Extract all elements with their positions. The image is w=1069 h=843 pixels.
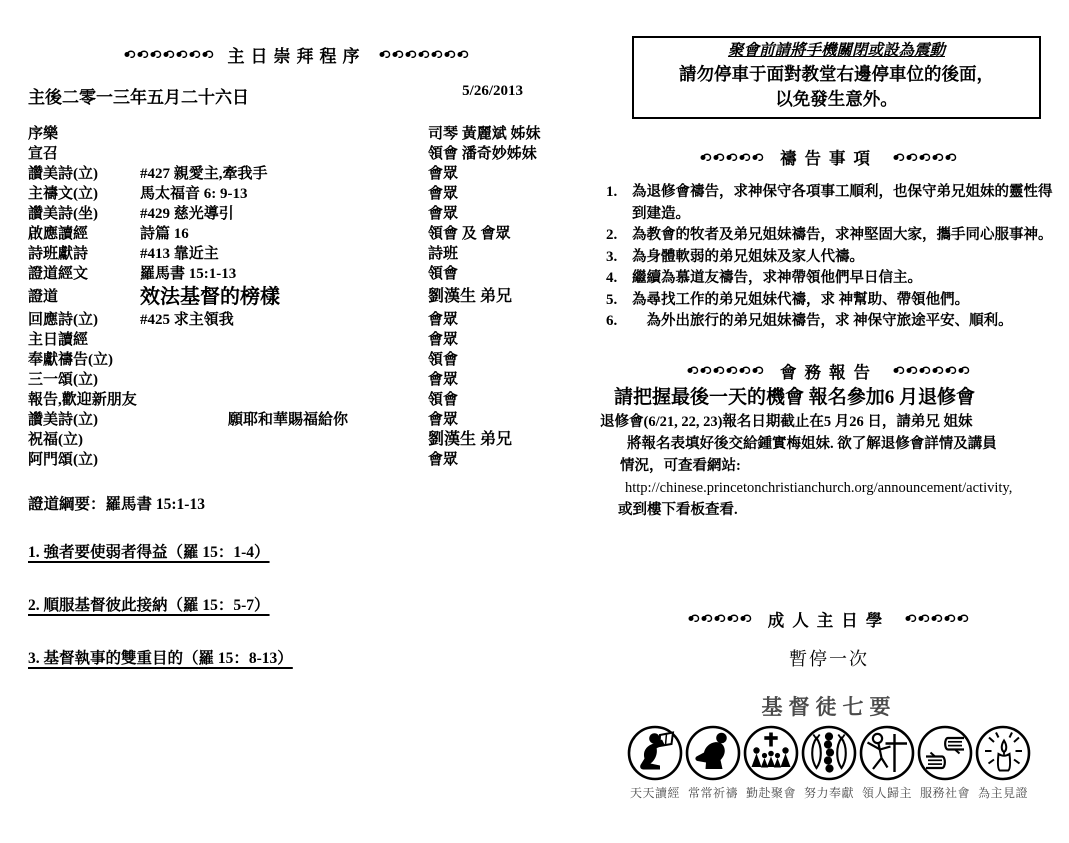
notice-box: 聚會前請將手機關閉或設為震動 請勿停車于面對教堂右邊停車位的後面， 以免發生意外… [632, 36, 1041, 119]
program-item: 詩班獻詩 [28, 244, 140, 264]
prayer-heading: 禱告事項 [780, 145, 878, 169]
program-item: 讚美詩(立) [28, 164, 140, 184]
essential-service: 服務社會 [916, 725, 974, 801]
program-row: 讚美詩(立)#427 親愛主,牽我手會眾 [28, 164, 565, 184]
program-item: 阿門頌(立) [28, 450, 140, 470]
program-row: 三一頌(立)會眾 [28, 370, 565, 390]
essential-label: 服務社會 [920, 784, 970, 801]
essential-prayer: 常常祈禱 [684, 725, 742, 801]
program-item: 宣召 [28, 144, 140, 164]
program-row: 啟應讀經詩篇 16領會 及 會眾 [28, 224, 565, 244]
program-row: 主禱文(立)馬太福音 6: 9-13會眾 [28, 184, 565, 204]
prayer-item-number: 1. [606, 182, 632, 225]
program-row: 序樂司琴 黃麗斌 姊妹 [28, 124, 565, 144]
ornament-divider-icon [123, 48, 216, 61]
program-content: 馬太福音 6: 9-13 [140, 184, 428, 204]
program-row-sermon: 證道效法基督的榜樣劉漢生 弟兄 [28, 284, 565, 310]
date-row: 主後二零一三年五月二十六日 5/26/2013 [28, 83, 565, 108]
program-content: #413 靠近主 [140, 244, 428, 264]
essential-evangelism: 領人歸主 [858, 725, 916, 801]
retreat-detail-line: 情況，可查看網站: [600, 455, 1058, 477]
program-item: 啟應讀經 [28, 224, 140, 244]
program-content: #425 求主領我 [140, 310, 428, 330]
program-role: 會眾 [428, 410, 565, 430]
prayer-item-text: 為身體軟弱的弟兄姐妹及家人代禱。 [632, 247, 864, 269]
program-role: 會眾 [428, 370, 565, 390]
program-row: 宣召領會 潘奇妙姊妹 [28, 144, 565, 164]
program-content [140, 370, 428, 390]
program-role: 劉漢生 弟兄 [428, 430, 565, 450]
prayer-section-header: 禱告事項 [600, 145, 1058, 169]
program-content: #427 親愛主,牽我手 [140, 164, 428, 184]
prayer-item-number: 3. [606, 247, 632, 269]
program-role: 詩班 [428, 244, 565, 264]
program-content: #429 慈光導引 [140, 204, 428, 224]
program-row: 奉獻禱告(立)領會 [28, 350, 565, 370]
offering-icon [801, 725, 857, 781]
bible-reading-icon [627, 725, 683, 781]
program-item: 主日讀經 [28, 330, 140, 350]
program-item: 三一頌(立) [28, 370, 140, 390]
program-role: 領會 潘奇妙姊妹 [428, 144, 565, 164]
sermon-outline-point: 1. 強者要使弱者得益（羅 15：1-4） [28, 540, 565, 562]
parking-notice-line2: 以免發生意外。 [638, 87, 1035, 112]
phone-notice: 聚會前請將手機關閉或設為震動 [638, 40, 1035, 62]
date-chinese: 主後二零一三年五月二十六日 [28, 83, 249, 108]
prayer-item-text: 為尋找工作的弟兄姐妹代禱，求 神幫助、帶領他們。 [632, 290, 969, 312]
retreat-detail-line: 或到樓下看板查看. [600, 499, 1058, 521]
program-item: 序樂 [28, 124, 140, 144]
prayer-item-number: 6. [606, 311, 632, 333]
prayer-item-text: 為教會的牧者及弟兄姐妹禱告，求神堅固大家，攜手同心服事神。 [632, 225, 1053, 247]
prayer-list: 1.為退修會禱告，求神保守各項事工順利，也保守弟兄姐妹的靈性得到建造。 2.為教… [600, 182, 1058, 333]
program-row: 證道經文羅馬書 15:1-13領會 [28, 264, 565, 284]
report-section-header: 會務報告 [600, 359, 1058, 383]
sermon-title: 效法基督的榜樣 [140, 284, 428, 310]
sermon-outline-point: 2. 順服基督彼此接納（羅 15：5-7） [28, 593, 565, 615]
essential-label: 領人歸主 [862, 784, 912, 801]
program-content [140, 144, 428, 164]
ornament-divider-icon [686, 364, 766, 377]
program-item: 讚美詩(坐) [28, 204, 140, 224]
program-role: 領會 [428, 264, 565, 284]
bulletin-page: 主日崇拜程序 主後二零一三年五月二十六日 5/26/2013 序樂司琴 黃麗斌 … [0, 0, 1069, 843]
program-role: 會眾 [428, 310, 565, 330]
sunday-school-heading: 成人主日學 [768, 607, 891, 631]
program-item: 回應詩(立) [28, 310, 140, 330]
ornament-divider-icon [892, 151, 959, 164]
date-numeric: 5/26/2013 [462, 83, 523, 108]
ornament-divider-icon [378, 48, 471, 61]
program-role: 會眾 [428, 330, 565, 350]
program-role: 領會 [428, 390, 565, 410]
prayer-item: 2.為教會的牧者及弟兄姐妹禱告，求神堅固大家，攜手同心服事神。 [606, 225, 1058, 247]
program-content [140, 350, 428, 370]
program-content [140, 330, 428, 350]
essential-label: 常常祈禱 [688, 784, 738, 801]
program-role: 劉漢生 弟兄 [428, 284, 565, 310]
ornament-divider-icon [904, 612, 971, 625]
program-content: 詩篇 16 [140, 224, 428, 244]
seven-essentials-title: 基督徒七要 [600, 691, 1058, 721]
essential-witness: 為主見證 [974, 725, 1032, 801]
ornament-divider-icon [687, 612, 754, 625]
program-item: 奉獻禱告(立) [28, 350, 140, 370]
prayer-item-text: 為外出旅行的弟兄姐妹禱告，求 神保守旅途平安、順利。 [632, 311, 1013, 333]
worship-order-header: 主日崇拜程序 [28, 42, 565, 67]
retreat-details: 退修會(6/21, 22, 23)報名日期截止在5 月26 日，請弟兄 姐妹 將… [600, 411, 1058, 521]
program-item: 讚美詩(立) [28, 410, 140, 430]
program-content [140, 124, 428, 144]
essential-label: 勤赴聚會 [746, 784, 796, 801]
essential-gathering: 勤赴聚會 [742, 725, 800, 801]
prayer-item: 3.為身體軟弱的弟兄姐妹及家人代禱。 [606, 247, 1058, 269]
program-row: 報告,歡迎新朋友領會 [28, 390, 565, 410]
program-role: 司琴 黃麗斌 姊妹 [428, 124, 565, 144]
program-content: 羅馬書 15:1-13 [140, 264, 428, 284]
program-content [140, 430, 428, 450]
sermon-outline-point: 3. 基督執事的雙重目的（羅 15：8-13） [28, 646, 565, 668]
program-row: 祝福(立)劉漢生 弟兄 [28, 430, 565, 450]
gathering-icon [743, 725, 799, 781]
essential-label: 天天讀經 [630, 784, 680, 801]
program-role: 領會 及 會眾 [428, 224, 565, 244]
prayer-item: 4.繼續為慕道友禱告，求神帶領他們早日信主。 [606, 268, 1058, 290]
program-role: 會眾 [428, 204, 565, 224]
evangelism-icon [859, 725, 915, 781]
prayer-item: 1.為退修會禱告，求神保守各項事工順利，也保守弟兄姐妹的靈性得到建造。 [606, 182, 1058, 225]
sermon-outline-heading: 證道綱要：羅馬書 15:1-13 [28, 492, 565, 514]
ornament-divider-icon [699, 151, 766, 164]
essential-bible-reading: 天天讀經 [626, 725, 684, 801]
announcements-column: 聚會前請將手機關閉或設為震動 請勿停車于面對教堂右邊停車位的後面， 以免發生意外… [600, 36, 1058, 801]
program-role: 會眾 [428, 164, 565, 184]
program-row: 讚美詩(立)願耶和華賜福給你會眾 [28, 410, 565, 430]
program-list: 序樂司琴 黃麗斌 姊妹 宣召領會 潘奇妙姊妹 讚美詩(立)#427 親愛主,牽我… [28, 124, 565, 470]
retreat-info-url: http://chinese.princetonchristianchurch.… [600, 477, 1058, 499]
retreat-detail-line: 將報名表填好後交給鍾實梅姐妹. 欲了解退修會詳情及講員 [600, 433, 1058, 455]
program-content [140, 450, 428, 470]
program-content [140, 390, 428, 410]
program-content: 願耶和華賜福給你 [140, 410, 428, 430]
essential-offering: 努力奉獻 [800, 725, 858, 801]
prayer-item-text: 繼續為慕道友禱告，求神帶領他們早日信主。 [632, 268, 922, 290]
service-icon [917, 725, 973, 781]
prayer-item-number: 5. [606, 290, 632, 312]
prayer-item: 5.為尋找工作的弟兄姐妹代禱，求 神幫助、帶領他們。 [606, 290, 1058, 312]
program-item: 報告,歡迎新朋友 [28, 390, 140, 410]
essential-label: 為主見證 [978, 784, 1028, 801]
seven-essentials-icons: 天天讀經 常常祈禱 [600, 725, 1058, 801]
program-row: 回應詩(立)#425 求主領我會眾 [28, 310, 565, 330]
report-heading: 會務報告 [780, 359, 878, 383]
program-role: 會眾 [428, 184, 565, 204]
program-item: 證道經文 [28, 264, 140, 284]
program-row: 詩班獻詩#413 靠近主詩班 [28, 244, 565, 264]
prayer-item-number: 4. [606, 268, 632, 290]
prayer-item-number: 2. [606, 225, 632, 247]
page-title: 主日崇拜程序 [228, 42, 366, 67]
retreat-detail-line: 退修會(6/21, 22, 23)報名日期截止在5 月26 日，請弟兄 姐妹 [600, 411, 1058, 433]
sunday-school-status: 暫停一次 [600, 645, 1058, 671]
program-item: 祝福(立) [28, 430, 140, 450]
sunday-school-section-header: 成人主日學 [600, 607, 1058, 631]
program-item: 主禱文(立) [28, 184, 140, 204]
prayer-icon [685, 725, 741, 781]
retreat-headline: 請把握最後一天的機會 報名參加6 月退修會 [600, 385, 1058, 411]
witness-icon [975, 725, 1031, 781]
program-role: 會眾 [428, 450, 565, 470]
prayer-item: 6. 為外出旅行的弟兄姐妹禱告，求 神保守旅途平安、順利。 [606, 311, 1058, 333]
program-row: 阿門頌(立)會眾 [28, 450, 565, 470]
ornament-divider-icon [892, 364, 972, 377]
program-row: 讚美詩(坐)#429 慈光導引會眾 [28, 204, 565, 224]
program-item: 證道 [28, 284, 140, 310]
program-role: 領會 [428, 350, 565, 370]
prayer-item-text: 為退修會禱告，求神保守各項事工順利，也保守弟兄姐妹的靈性得到建造。 [632, 182, 1058, 225]
worship-order-column: 主日崇拜程序 主後二零一三年五月二十六日 5/26/2013 序樂司琴 黃麗斌 … [28, 40, 565, 668]
program-row: 主日讀經會眾 [28, 330, 565, 350]
essential-label: 努力奉獻 [804, 784, 854, 801]
parking-notice-line1: 請勿停車于面對教堂右邊停車位的後面， [638, 62, 1035, 87]
seven-essentials: 基督徒七要 天天讀經 [600, 691, 1058, 801]
